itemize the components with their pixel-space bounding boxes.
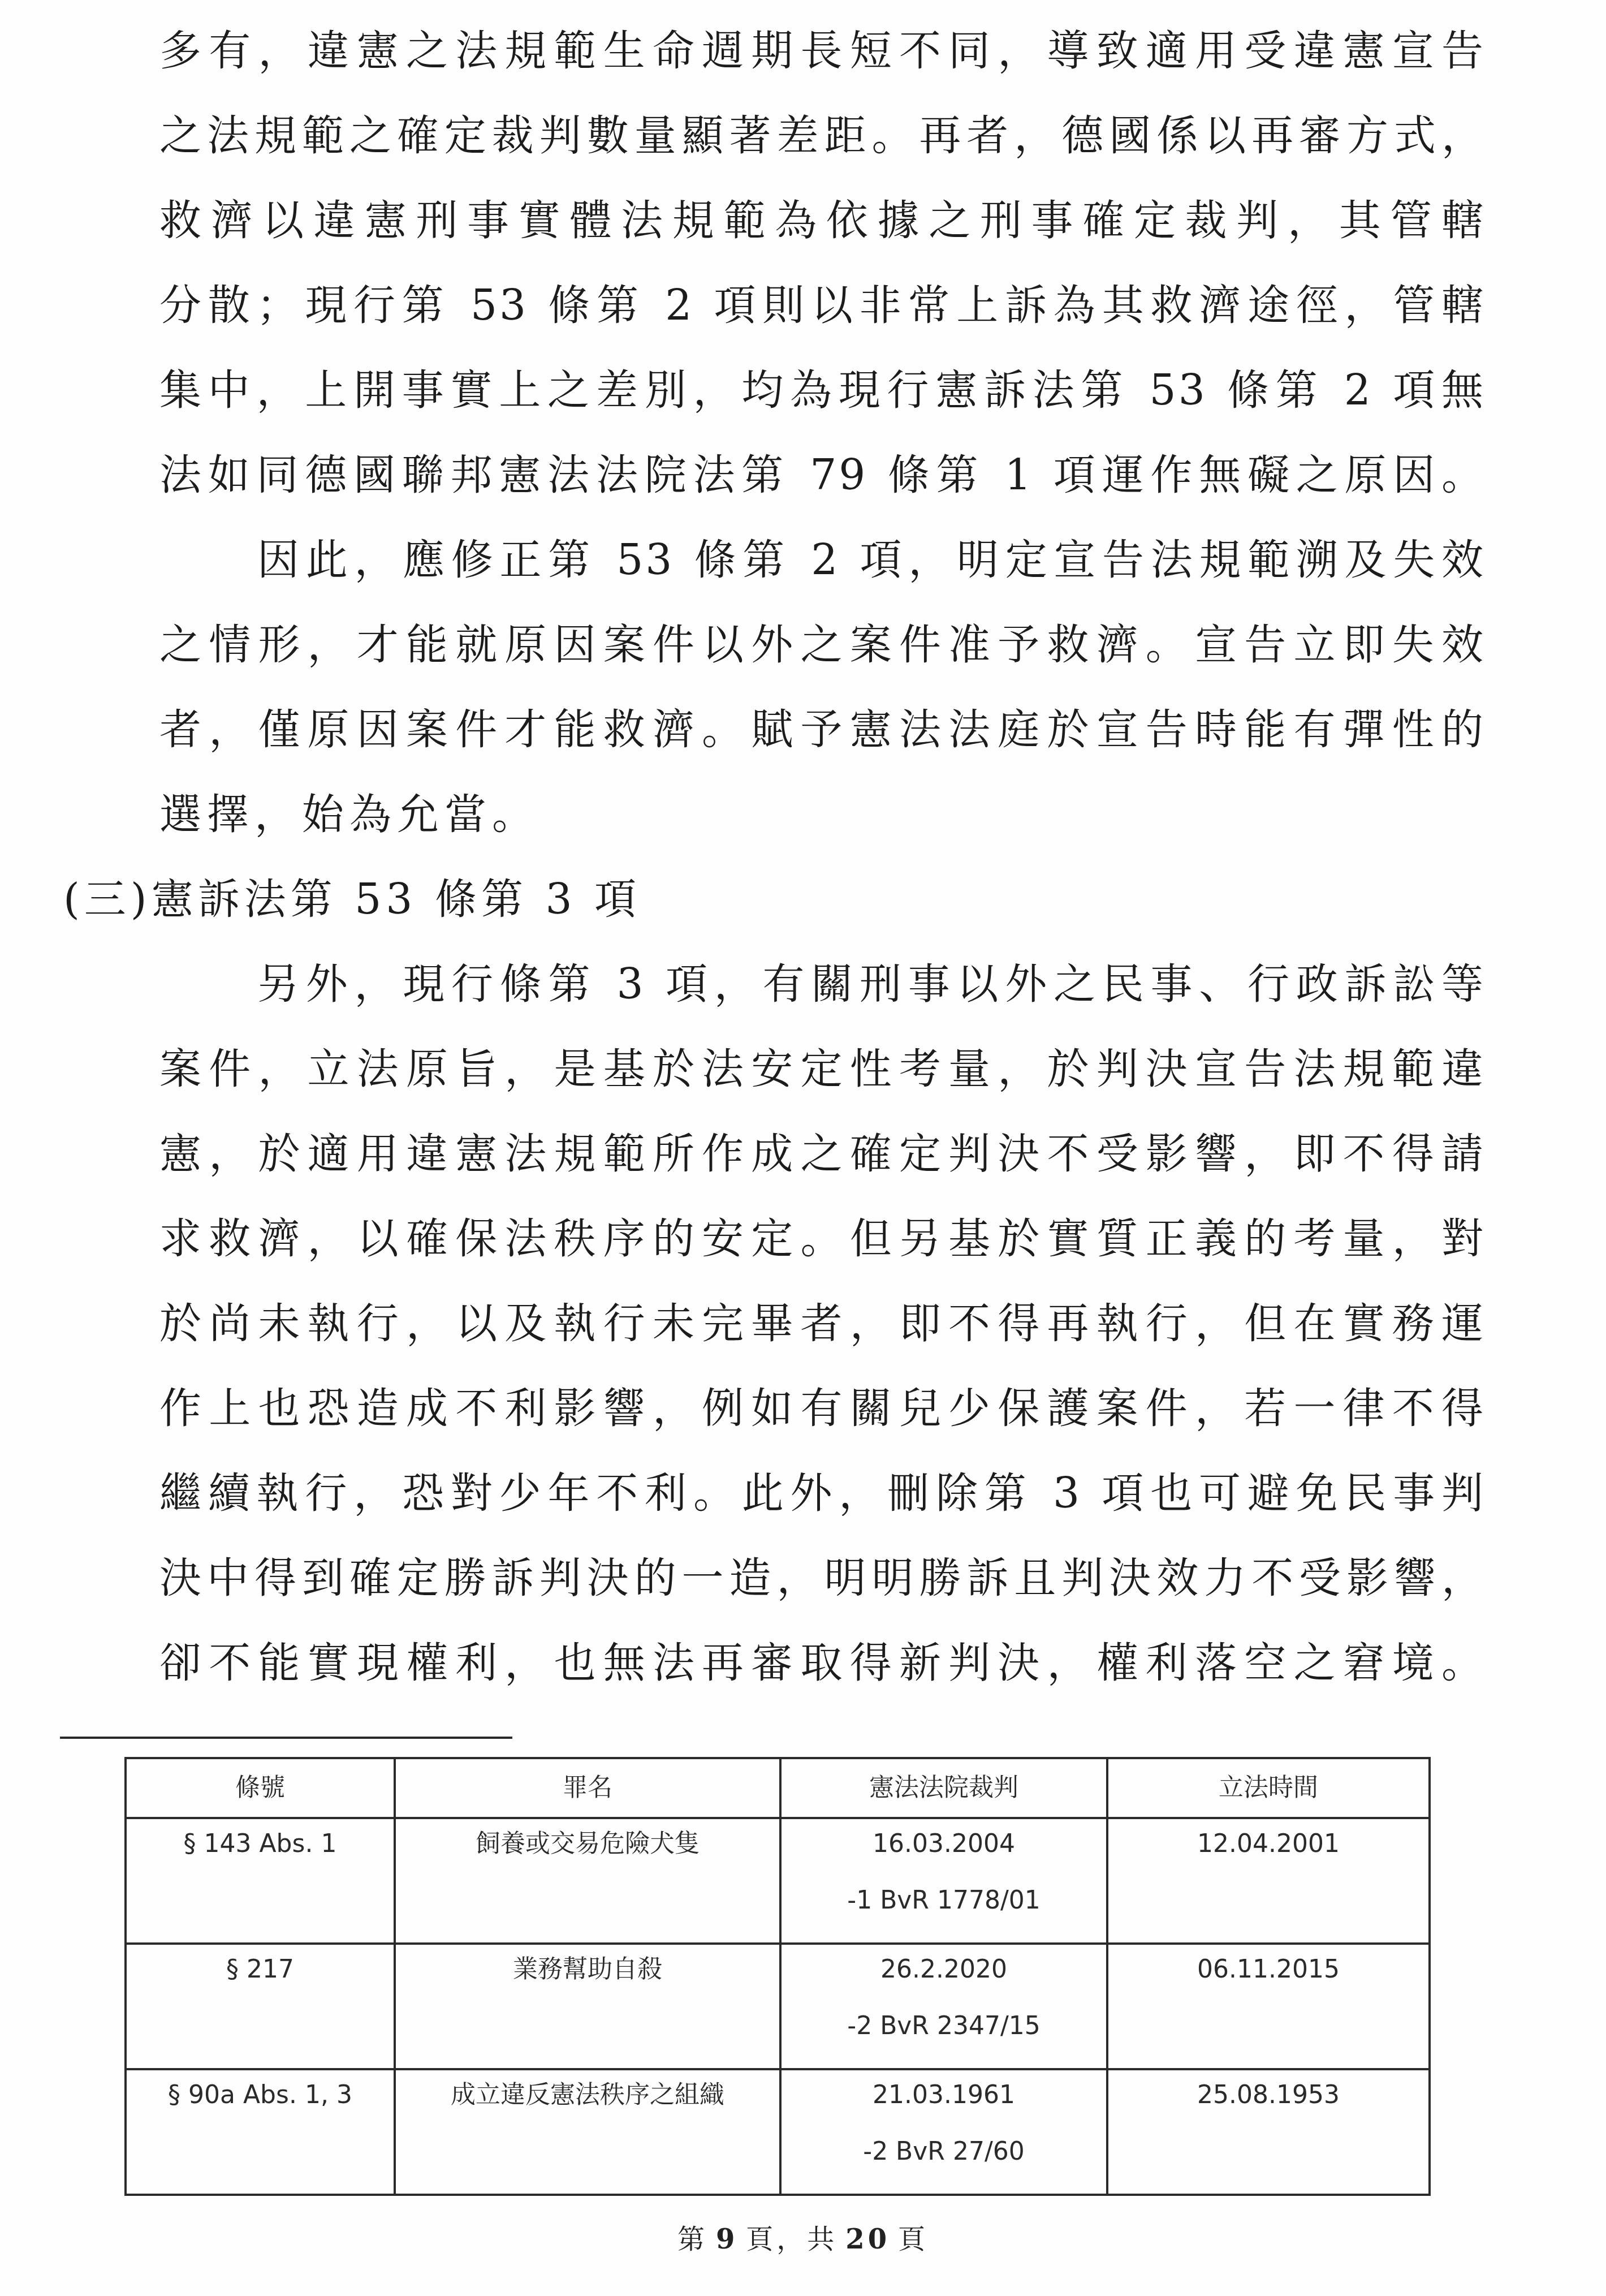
body-line-2: 之法規範之確定裁判數量顯著差距。再者，德國係以再審方式，: [159, 107, 1486, 164]
table-row: § 90a Abs. 1, 3 成立違反憲法秩序之組織 21.03.1961 -…: [126, 2069, 1430, 2195]
cell-enacted: 12.04.2001: [1107, 1818, 1430, 1944]
ruling-date: 21.03.1961: [873, 2080, 1015, 2109]
header-article: 條號: [126, 1758, 395, 1818]
cell-ruling: 26.2.2020 -2 BvR 2347/15: [780, 1944, 1107, 2069]
total-page-count: 20: [845, 2224, 890, 2255]
body-line-15: 求救濟，以確保法秩序的安定。但另基於實質正義的考量，對: [159, 1211, 1486, 1267]
body-line-18: 繼續執行，恐對少年不利。此外，刪除第 3 項也可避免民事判: [159, 1465, 1486, 1522]
body-line-19: 決中得到確定勝訴判決的一造，明明勝訴且判決效力不受影響，: [159, 1550, 1486, 1606]
cell-article: § 143 Abs. 1: [126, 1818, 395, 1944]
body-line-17: 作上也恐造成不利影響，例如有關兒少保護案件，若一律不得: [159, 1380, 1486, 1437]
table-row: § 143 Abs. 1 飼養或交易危險犬隻 16.03.2004 -1 BvR…: [126, 1818, 1430, 1944]
body-line-10: 選擇，始為允當。: [159, 786, 1486, 843]
cell-ruling: 16.03.2004 -1 BvR 1778/01: [780, 1818, 1107, 1944]
ruling-case-number: -2 BvR 2347/15: [782, 2011, 1106, 2041]
paragraph-start-line-12: 另外，現行條第 3 項，有關刑事以外之民事、行政訴訟等: [257, 956, 1486, 1013]
body-line-20: 卻不能實現權利，也無法再審取得新判決，權利落空之窘境。: [159, 1635, 1486, 1691]
paragraph-start-line-7: 因此，應修正第 53 條第 2 項，明定宣告法規範溯及失效: [257, 532, 1486, 588]
section-heading: (三)憲訴法第 53 條第 3 項: [63, 871, 685, 928]
ruling-case-number: -2 BvR 27/60: [782, 2137, 1106, 2166]
footnote-separator: [60, 1737, 512, 1739]
cell-ruling: 21.03.1961 -2 BvR 27/60: [780, 2069, 1107, 2195]
footer-suffix: 頁: [898, 2224, 929, 2255]
body-line-13: 案件，立法原旨，是基於法安定性考量，於判決宣告法規範違: [159, 1041, 1486, 1097]
body-line-1: 多有，違憲之法規範生命週期長短不同，導致適用受違憲宣告: [159, 23, 1486, 79]
footnote-table: 條號 罪名 憲法法院裁判 立法時間 § 143 Abs. 1 飼養或交易危險犬隻…: [124, 1757, 1431, 2196]
header-offense: 罪名: [395, 1758, 780, 1818]
body-line-9: 者，僅原因案件才能救濟。賦予憲法法庭於宣告時能有彈性的: [159, 701, 1486, 758]
header-ruling: 憲法法院裁判: [780, 1758, 1107, 1818]
body-line-14: 憲，於適用違憲法規範所作成之確定判決不受影響，即不得請: [159, 1126, 1486, 1182]
body-line-4: 分散；現行第 53 條第 2 項則以非常上訴為其救濟途徑，管轄: [159, 277, 1486, 334]
cell-enacted: 25.08.1953: [1107, 2069, 1430, 2195]
ruling-case-number: -1 BvR 1778/01: [782, 1886, 1106, 1915]
page-number-footer: 第9頁，共20頁: [0, 2217, 1606, 2256]
body-line-5: 集中，上開事實上之差別，均為現行憲訴法第 53 條第 2 項無: [159, 362, 1486, 419]
ruling-date: 16.03.2004: [873, 1829, 1015, 1858]
footer-prefix: 第: [677, 2224, 708, 2255]
ruling-date: 26.2.2020: [880, 1955, 1007, 1984]
body-line-16: 於尚未執行，以及執行未完畢者，即不得再執行，但在實務運: [159, 1295, 1486, 1352]
body-line-6: 法如同德國聯邦憲法法院法第 79 條第 1 項運作無礙之原因。: [159, 447, 1486, 503]
cell-offense: 業務幫助自殺: [395, 1944, 780, 2069]
cell-offense: 飼養或交易危險犬隻: [395, 1818, 780, 1944]
table-header-row: 條號 罪名 憲法法院裁判 立法時間: [126, 1758, 1430, 1818]
cell-offense: 成立違反憲法秩序之組織: [395, 2069, 780, 2195]
footer-middle: 頁，共: [746, 2224, 837, 2255]
table-row: § 217 業務幫助自殺 26.2.2020 -2 BvR 2347/15 06…: [126, 1944, 1430, 2069]
header-enacted: 立法時間: [1107, 1758, 1430, 1818]
body-line-3: 救濟以違憲刑事實體法規範為依據之刑事確定裁判，其管轄: [159, 192, 1486, 249]
current-page-number: 9: [716, 2224, 738, 2255]
cell-enacted: 06.11.2015: [1107, 1944, 1430, 2069]
body-line-8: 之情形，才能就原因案件以外之案件准予救濟。宣告立即失效: [159, 617, 1486, 673]
cell-article: § 90a Abs. 1, 3: [126, 2069, 395, 2195]
cell-article: § 217: [126, 1944, 395, 2069]
document-page: 多有，違憲之法規範生命週期長短不同，導致適用受違憲宣告 之法規範之確定裁判數量顯…: [0, 0, 1606, 2296]
